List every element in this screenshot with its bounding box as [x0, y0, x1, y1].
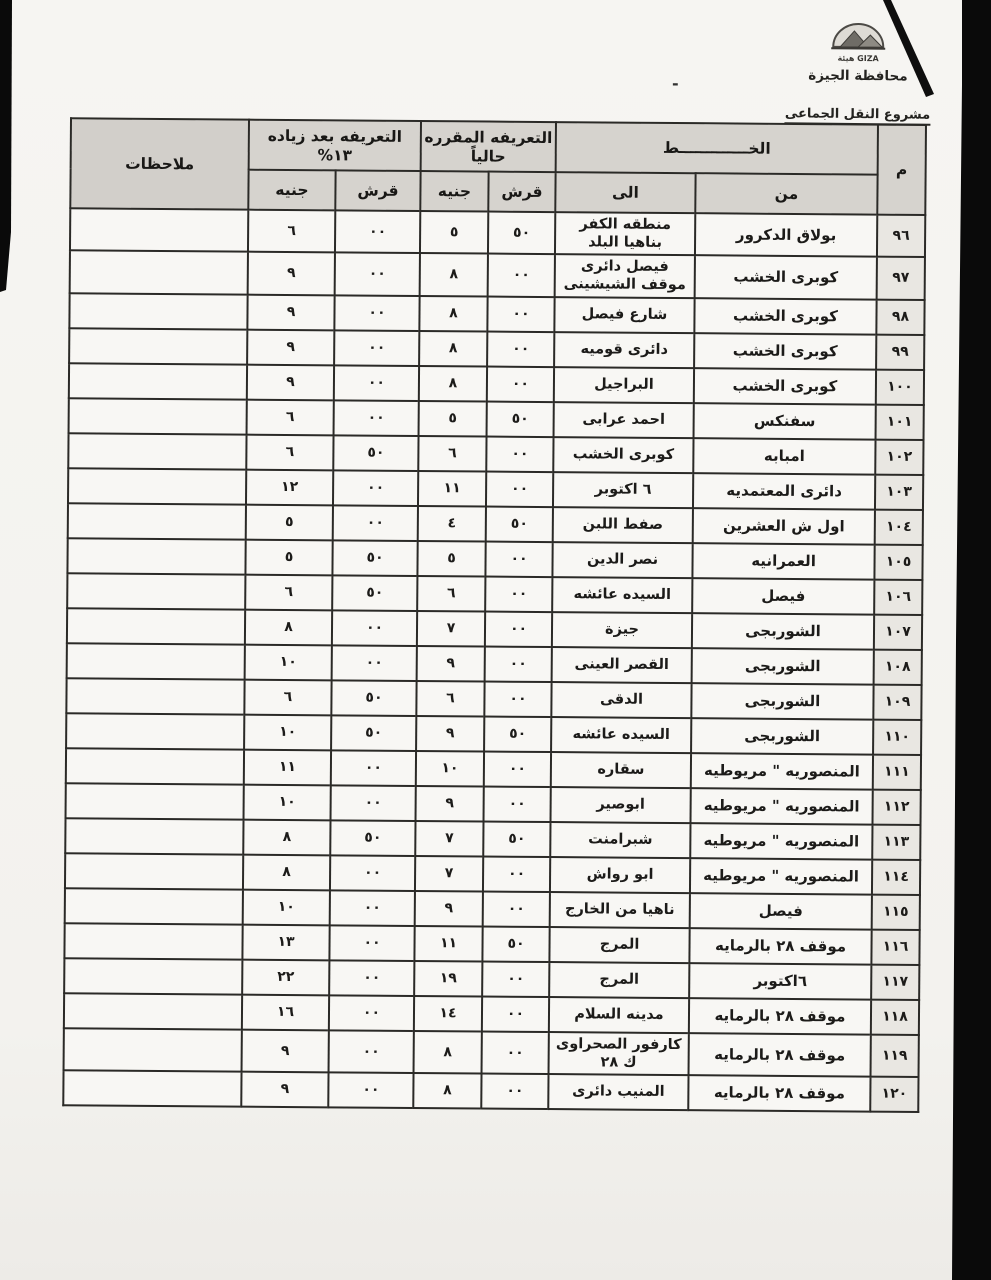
- line-to-cell: ٦ اكتوبر: [553, 472, 693, 508]
- line-from-cell: موقف ٢٨ بالرمايه: [688, 1075, 870, 1111]
- current-geneh-cell: ٩: [417, 646, 485, 682]
- logo-caption: GIZA هيئة: [837, 54, 879, 63]
- line-to-cell: المرج: [549, 927, 689, 963]
- current-qirsh-cell: ٠٠: [487, 296, 554, 332]
- row-number-cell: ١١٣: [872, 824, 920, 859]
- col-header-notes: ملاحظات: [70, 118, 249, 209]
- notes-cell: [70, 251, 248, 295]
- line-to-cell: نصر الدين: [552, 542, 692, 578]
- increased-geneh-cell: ٦: [248, 210, 335, 253]
- increased-qirsh-cell: ٥٠: [332, 540, 417, 576]
- line-from-cell: الشوربجى: [691, 683, 873, 719]
- increased-qirsh-cell: ٥٠: [331, 680, 416, 716]
- line-from-cell: المنصوريه " مريوطيه: [690, 858, 872, 894]
- current-geneh-cell: ١٩: [414, 961, 482, 997]
- current-tariff-label-line2: حالياً: [422, 147, 555, 166]
- increased-tariff-label-line1: التعريفه بعد زياده: [250, 126, 420, 145]
- current-geneh-cell: ٨: [414, 1030, 482, 1073]
- table-body: ٩٦ بولاق الدكرور منطقه الكفر بناهيا البل…: [63, 208, 925, 1111]
- line-from-cell: المنصوريه " مريوطيه: [690, 823, 872, 859]
- increased-qirsh-cell: ٠٠: [329, 995, 414, 1031]
- current-qirsh-cell: ٠٠: [484, 786, 551, 822]
- current-geneh-cell: ٥: [419, 401, 487, 437]
- increased-qirsh-cell: ٠٠: [335, 253, 420, 296]
- increased-geneh-cell: ٦: [244, 679, 331, 715]
- increased-qirsh-cell: ٠٠: [334, 365, 419, 401]
- scan-edge-right: [952, 0, 991, 1280]
- col-header-current-geneh: جنيه: [420, 171, 488, 212]
- line-from-cell: العمرانيه: [692, 543, 874, 579]
- notes-cell: [68, 503, 246, 539]
- increased-geneh-cell: ١٠: [244, 714, 331, 750]
- notes-cell: [69, 328, 247, 364]
- row-number-cell: ١١٨: [871, 999, 919, 1034]
- increased-geneh-cell: ٥: [246, 504, 333, 540]
- increased-geneh-cell: ٦: [245, 574, 332, 610]
- line-from-cell: كوبرى الخشب: [695, 255, 877, 299]
- fare-table-row: ١١٩ موقف ٢٨ بالرمايه كارفور الصحراوى ك ٢…: [64, 1028, 919, 1077]
- line-to-cell: صفط اللبن: [553, 507, 693, 543]
- line-to-cell: شارع فيصل: [554, 297, 694, 333]
- current-geneh-cell: ١١: [414, 926, 482, 962]
- line-to-cell: السيده عائشه: [551, 717, 691, 753]
- scan-edge-left: [0, 0, 12, 292]
- current-qirsh-cell: ٠٠: [483, 856, 550, 892]
- notes-cell: [66, 748, 244, 784]
- notes-cell: [66, 713, 244, 749]
- increased-geneh-cell: ٩: [247, 329, 334, 365]
- line-from-cell: فيصل: [692, 578, 874, 614]
- notes-cell: [68, 468, 246, 504]
- current-geneh-cell: ٨: [419, 331, 487, 367]
- current-geneh-cell: ٨: [419, 366, 487, 402]
- line-from-cell: الشوربجى: [691, 718, 873, 754]
- line-from-cell: اول ش العشرين: [693, 508, 875, 544]
- row-number-cell: ١٠١: [876, 404, 924, 439]
- notes-cell: [65, 888, 243, 924]
- line-to-cell: ابو رواش: [550, 857, 690, 893]
- row-number-cell: ١١١: [873, 754, 921, 789]
- current-geneh-cell: ٦: [418, 436, 486, 472]
- increased-geneh-cell: ٩: [242, 1029, 329, 1072]
- increased-tariff-label-line2: ١٣%: [250, 145, 420, 164]
- increased-geneh-cell: ٨: [243, 854, 330, 890]
- line-from-cell: كوبرى الخشب: [694, 368, 876, 404]
- fare-table-header: م الخـــــــــــــط التعريفه المقرره حال…: [70, 118, 926, 215]
- fare-table-row: ١٢٠ موقف ٢٨ بالرمايه المنيب دائرى ٠٠ ٨ ٠…: [63, 1070, 918, 1112]
- row-number-cell: ١٠٢: [875, 439, 923, 474]
- current-qirsh-cell: ٥٠: [482, 926, 549, 962]
- increased-geneh-cell: ٩: [248, 252, 335, 295]
- notes-cell: [66, 783, 244, 819]
- col-header-number: م: [877, 125, 926, 215]
- notes-cell: [64, 1028, 242, 1072]
- current-geneh-cell: ٦: [417, 576, 485, 612]
- current-geneh-cell: ٩: [416, 716, 484, 752]
- row-number-cell: ١٠٣: [875, 474, 923, 509]
- notes-cell: [69, 363, 247, 399]
- increased-qirsh-cell: ٠٠: [332, 610, 417, 646]
- line-to-cell: المرج: [549, 962, 689, 998]
- current-qirsh-cell: ٠٠: [485, 611, 552, 647]
- row-number-cell: ١٠٥: [874, 544, 922, 579]
- notes-cell: [67, 573, 245, 609]
- row-number-cell: ١٠٦: [874, 579, 922, 614]
- current-geneh-cell: ٩: [416, 786, 484, 822]
- row-number-cell: ١٠٤: [875, 509, 923, 544]
- increased-qirsh-cell: ٠٠: [331, 785, 416, 821]
- line-to-cell: جيزة: [552, 612, 692, 648]
- giza-governorate-logo-icon: GIZA هيئة: [827, 14, 890, 67]
- increased-geneh-cell: ٩: [247, 294, 334, 330]
- row-number-cell: ١١٢: [872, 789, 920, 824]
- row-number-cell: ٩٦: [877, 215, 925, 258]
- line-to-cell: ابوصير: [551, 787, 691, 823]
- increased-qirsh-cell: ٠٠: [329, 960, 414, 996]
- increased-qirsh-cell: ٠٠: [333, 505, 418, 541]
- increased-qirsh-cell: ٠٠: [329, 1030, 414, 1073]
- increased-qirsh-cell: ٠٠: [331, 750, 416, 786]
- current-geneh-cell: ٧: [415, 856, 483, 892]
- increased-qirsh-cell: ٠٠: [332, 645, 417, 681]
- col-header-current-qirsh: قرش: [488, 172, 555, 213]
- line-from-cell: بولاق الدكرور: [695, 213, 877, 257]
- increased-qirsh-cell: ٠٠: [334, 295, 419, 331]
- line-from-cell: دائرى المعتمديه: [693, 473, 875, 509]
- current-geneh-cell: ٦: [416, 681, 484, 717]
- line-to-cell: القصر العينى: [552, 647, 692, 683]
- current-qirsh-cell: ٠٠: [485, 646, 552, 682]
- row-number-cell: ١٢٠: [870, 1076, 918, 1111]
- current-tariff-label-line1: التعريفه المقرره: [422, 128, 555, 147]
- notes-cell: [64, 923, 242, 959]
- increased-qirsh-cell: ٠٠: [328, 1072, 413, 1108]
- increased-geneh-cell: ٦: [246, 434, 333, 470]
- line-from-cell: موقف ٢٨ بالرمايه: [689, 928, 871, 964]
- notes-cell: [67, 608, 245, 644]
- col-header-increased-qirsh: قرش: [335, 170, 420, 211]
- current-qirsh-cell: ٠٠: [487, 366, 554, 402]
- row-number-cell: ١١٦: [871, 929, 919, 964]
- notes-cell: [67, 538, 245, 574]
- current-qirsh-cell: ٠٠: [487, 331, 554, 367]
- current-qirsh-cell: ٠٠: [485, 576, 552, 612]
- line-from-cell: المنصوريه " مريوطيه: [691, 753, 873, 789]
- increased-geneh-cell: ١١: [244, 749, 331, 785]
- line-to-cell: منطقه الكفر بناهيا البلد: [555, 212, 695, 255]
- line-to-cell: كارفور الصحراوى ك ٢٨: [549, 1032, 689, 1075]
- increased-qirsh-cell: ٥٠: [330, 820, 415, 856]
- current-qirsh-cell: ٠٠: [488, 254, 555, 297]
- row-number-cell: ٩٨: [876, 299, 924, 334]
- line-to-cell: شبرامنت: [550, 822, 690, 858]
- line-from-cell: موقف ٢٨ بالرمايه: [689, 998, 871, 1034]
- line-from-cell: كوبرى الخشب: [694, 333, 876, 369]
- line-to-cell: سقاره: [551, 752, 691, 788]
- increased-geneh-cell: ١٠: [245, 644, 332, 680]
- current-qirsh-cell: ٥٠: [487, 401, 554, 437]
- row-number-cell: ١٠٩: [873, 684, 921, 719]
- increased-qirsh-cell: ٥٠: [331, 715, 416, 751]
- current-qirsh-cell: ٠٠: [482, 961, 549, 997]
- notes-cell: [64, 958, 242, 994]
- row-number-cell: ١٠٨: [874, 649, 922, 684]
- row-number-cell: ١٠٧: [874, 614, 922, 649]
- increased-geneh-cell: ٨: [243, 819, 330, 855]
- col-header-from: من: [695, 173, 877, 214]
- line-from-cell: امبابه: [693, 438, 875, 474]
- current-qirsh-cell: ٥٠: [486, 506, 553, 542]
- col-header-increased-tariff-group: التعريفه بعد زياده ١٣%: [249, 120, 421, 171]
- row-number-cell: ١١٤: [872, 859, 920, 894]
- fare-table-row: ٩٧ كوبرى الخشب فيصل دائرى موقف الشيشينى …: [70, 251, 925, 300]
- increased-qirsh-cell: ٠٠: [334, 330, 419, 366]
- current-qirsh-cell: ٠٠: [482, 1031, 549, 1074]
- notes-cell: [64, 993, 242, 1029]
- page-dash-mark: -: [672, 74, 679, 93]
- current-geneh-cell: ٨: [413, 1073, 481, 1109]
- line-from-cell: سفنكس: [694, 403, 876, 439]
- line-to-cell: دائرى قوميه: [554, 332, 694, 368]
- current-geneh-cell: ٥: [420, 211, 488, 254]
- increased-geneh-cell: ١٦: [242, 994, 329, 1030]
- increased-qirsh-cell: ٠٠: [329, 925, 414, 961]
- increased-geneh-cell: ١٣: [242, 924, 329, 960]
- increased-geneh-cell: ٩: [247, 364, 334, 400]
- scanned-document-page: GIZA هيئة محافظة الجيزة مشروع النقل الجم…: [0, 0, 991, 1280]
- row-number-cell: ٩٩: [876, 334, 924, 369]
- increased-qirsh-cell: ٠٠: [330, 890, 415, 926]
- col-header-increased-geneh: جنيه: [248, 170, 335, 211]
- fare-table-row: ٩٦ بولاق الدكرور منطقه الكفر بناهيا البل…: [70, 208, 925, 257]
- current-geneh-cell: ٨: [419, 296, 487, 332]
- line-to-cell: المنيب دائرى: [548, 1074, 688, 1110]
- current-geneh-cell: ١٠: [416, 751, 484, 787]
- notes-cell: [63, 1070, 241, 1106]
- row-number-cell: ١١٧: [871, 964, 919, 999]
- notes-cell: [65, 853, 243, 889]
- notes-cell: [66, 678, 244, 714]
- current-qirsh-cell: ٥٠: [488, 212, 555, 255]
- line-from-cell: الشوربجى: [692, 648, 874, 684]
- line-to-cell: احمد عرابى: [554, 402, 694, 438]
- line-to-cell: فيصل دائرى موقف الشيشينى: [555, 254, 695, 297]
- current-qirsh-cell: ٠٠: [482, 996, 549, 1032]
- governorate-name: محافظة الجيزة: [778, 67, 938, 85]
- fare-table: م الخـــــــــــــط التعريفه المقرره حال…: [62, 117, 927, 1112]
- line-from-cell: موقف ٢٨ بالرمايه: [689, 1033, 871, 1077]
- current-geneh-cell: ٥: [417, 541, 485, 577]
- current-qirsh-cell: ٥٠: [483, 821, 550, 857]
- increased-qirsh-cell: ٠٠: [333, 470, 418, 506]
- row-number-cell: ١١٩: [871, 1034, 919, 1077]
- current-qirsh-cell: ٠٠: [486, 471, 553, 507]
- line-to-cell: ناهيا من الخارج: [550, 892, 690, 928]
- current-qirsh-cell: ٠٠: [481, 1073, 548, 1109]
- letterhead: GIZA هيئة محافظة الجيزة مشروع النقل الجم…: [777, 13, 938, 126]
- row-number-cell: ١١٥: [872, 894, 920, 929]
- line-to-cell: مدينه السلام: [549, 997, 689, 1033]
- increased-qirsh-cell: ٥٠: [333, 435, 418, 471]
- increased-qirsh-cell: ٠٠: [335, 210, 420, 253]
- current-geneh-cell: ١١: [418, 471, 486, 507]
- line-from-cell: الشوربجى: [692, 613, 874, 649]
- notes-cell: [69, 398, 247, 434]
- notes-cell: [68, 433, 246, 469]
- current-geneh-cell: ١٤: [414, 995, 482, 1031]
- row-number-cell: ٩٧: [877, 257, 925, 300]
- current-qirsh-cell: ٠٠: [483, 891, 550, 927]
- increased-geneh-cell: ١٠: [243, 889, 330, 925]
- current-qirsh-cell: ٠٠: [486, 436, 553, 472]
- notes-cell: [67, 643, 245, 679]
- increased-geneh-cell: ٩: [241, 1071, 328, 1107]
- current-geneh-cell: ٨: [420, 253, 488, 296]
- increased-qirsh-cell: ٥٠: [332, 575, 417, 611]
- increased-geneh-cell: ١٢: [246, 469, 333, 505]
- increased-geneh-cell: ١٠: [244, 784, 331, 820]
- line-from-cell: ٦اكتوبر: [689, 963, 871, 999]
- increased-geneh-cell: ٨: [245, 609, 332, 645]
- col-header-line-group: الخـــــــــــــط: [556, 122, 878, 175]
- line-from-cell: المنصوريه " مريوطيه: [691, 788, 873, 824]
- increased-geneh-cell: ٥: [245, 539, 332, 575]
- increased-qirsh-cell: ٠٠: [330, 855, 415, 891]
- increased-qirsh-cell: ٠٠: [334, 400, 419, 436]
- row-number-cell: ١٠٠: [876, 369, 924, 404]
- line-to-cell: البراجيل: [554, 367, 694, 403]
- current-geneh-cell: ٧: [417, 611, 485, 647]
- notes-cell: [69, 293, 247, 329]
- notes-cell: [65, 818, 243, 854]
- row-number-cell: ١١٠: [873, 719, 921, 754]
- line-to-cell: الدقى: [551, 682, 691, 718]
- notes-cell: [70, 208, 248, 252]
- current-geneh-cell: ٩: [415, 891, 483, 927]
- line-from-cell: كوبرى الخشب: [694, 298, 876, 334]
- line-from-cell: فيصل: [690, 893, 872, 929]
- increased-geneh-cell: ٢٢: [242, 959, 329, 995]
- current-qirsh-cell: ٥٠: [484, 716, 551, 752]
- increased-geneh-cell: ٦: [247, 399, 334, 435]
- col-header-current-tariff-group: التعريفه المقرره حالياً: [421, 121, 556, 172]
- current-geneh-cell: ٤: [418, 506, 486, 542]
- current-qirsh-cell: ٠٠: [484, 751, 551, 787]
- current-qirsh-cell: ٠٠: [485, 541, 552, 577]
- current-qirsh-cell: ٠٠: [484, 681, 551, 717]
- col-header-to: الى: [555, 172, 695, 213]
- line-to-cell: كوبرى الخشب: [553, 437, 693, 473]
- current-geneh-cell: ٧: [415, 821, 483, 857]
- line-to-cell: السيده عائشه: [552, 577, 692, 613]
